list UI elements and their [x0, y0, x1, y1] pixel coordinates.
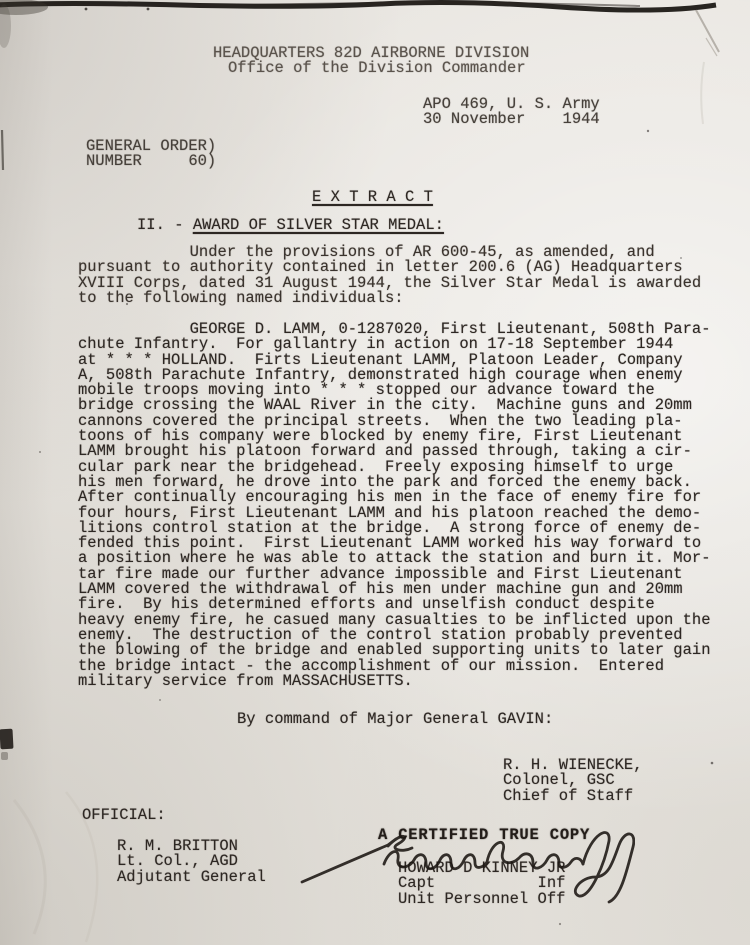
adjutant-title: Adjutant General	[117, 868, 266, 886]
intro-paragraph: Under the provisions of AR 600-45, as am…	[78, 245, 701, 306]
section-number: II. -	[137, 216, 193, 234]
certifier-title: Unit Personnel Off	[398, 890, 565, 908]
order-number-line: NUMBER 60)	[86, 154, 216, 169]
left-edge-blob	[0, 729, 14, 750]
paper-wrinkle	[14, 800, 45, 934]
chief-title: Chief of Staff	[503, 787, 633, 805]
corner-crease	[696, 10, 719, 52]
top-border-line	[0, 3, 716, 11]
official-label: OFFICIAL:	[82, 808, 166, 823]
left-edge-mark	[2, 130, 3, 170]
citation-paragraph: GEORGE D. LAMM, 0-1287020, First Lieuten…	[78, 322, 711, 689]
command-line: By command of Major General GAVIN:	[237, 712, 553, 727]
document-page: HEADQUARTERS 82D AIRBORNE DIVISION Offic…	[0, 0, 750, 945]
corner-smudge	[0, 0, 48, 15]
certified-stamp: A CERTIFIED TRUE COPY	[378, 828, 590, 843]
section-title: AWARD OF SILVER STAR MEDAL:	[193, 216, 444, 234]
extract-title: E X T R A C T	[312, 190, 433, 205]
certifier-block: HOWARD D KINNEY JR Capt Inf Unit Personn…	[398, 861, 565, 907]
letterhead-line2: Office of the Division Commander	[228, 61, 526, 76]
adjutant-block: R. M. BRITTON Lt. Col., AGD Adjutant Gen…	[117, 839, 266, 885]
section-heading: II. - AWARD OF SILVER STAR MEDAL:	[137, 218, 444, 233]
date-line: 30 November 1944	[423, 112, 600, 127]
chief-of-staff-block: R. H. WIENECKE, Colonel, GSC Chief of St…	[503, 758, 643, 804]
